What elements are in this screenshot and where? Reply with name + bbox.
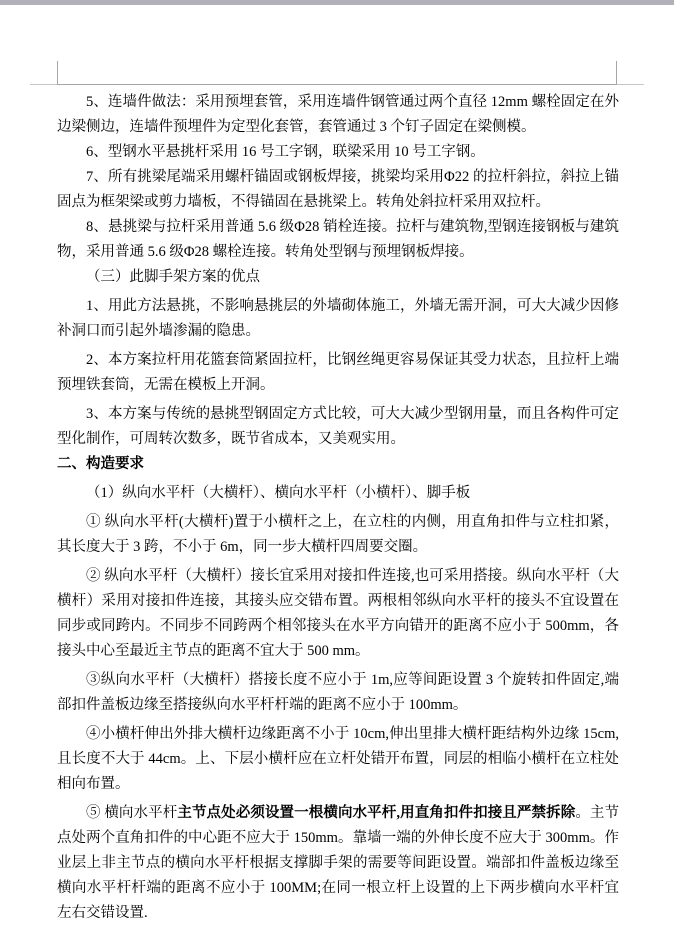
margin-crop-mark-left-horizontal [30,84,57,85]
window-top-edge [0,0,674,5]
text-run: ③纵向水平杆（大横杆）搭接长度不应小于 1m,应等间距设置 3 个旋转扣件固定,… [57,672,619,713]
text-run: 主节点处必须设置一根横向水平杆,用直角扣件扣接且严禁拆除 [177,805,575,821]
text-run: ① 纵向水平杆(大横杆)置于小横杆之上，在立柱的内侧，用直角扣件与立柱扣紧，其长… [57,514,619,555]
text-run: ② 纵向水平杆（大横杆）接长宜采用对接扣件连接,也可采用搭接。纵向水平杆（大横杆… [57,568,619,659]
text-run: ⑤ 横向水平杆 [86,805,177,821]
text-run: 1、用此方法悬挑，不影响悬挑层的外墙砌体施工，外墙无需开洞，可大大减少因修补洞口… [57,298,619,339]
text-run: 7、所有挑梁尾端采用螺杆锚固或钢板焊接，挑梁均采用Φ22 的拉杆斜拉，斜拉上锚固… [57,169,619,210]
text-run: （1）纵向水平杆（大横杆）、横向水平杆（小横杆）、脚手板 [86,485,470,501]
text-run: （三）此脚手架方案的优点 [86,269,260,285]
paragraph: 5、连墙件做法：采用预埋套管，采用连墙件钢管通过两个直径 12mm 螺栓固定在外… [57,90,619,140]
margin-crop-mark-left-vertical [57,61,58,84]
paragraph: 7、所有挑梁尾端采用螺杆锚固或钢板焊接，挑梁均采用Φ22 的拉杆斜拉，斜拉上锚固… [57,165,619,215]
paragraph: 8、悬挑梁与拉杆采用普通 5.6 级Φ28 销栓连接。拉杆与建筑物,型钢连接钢板… [57,215,619,265]
paragraph: 1、用此方法悬挑，不影响悬挑层的外墙砌体施工，外墙无需开洞，可大大减少因修补洞口… [57,294,619,344]
paragraph: ③纵向水平杆（大横杆）搭接长度不应小于 1m,应等间距设置 3 个旋转扣件固定,… [57,668,619,718]
text-run: 二、构造要求 [57,456,144,472]
paragraph: （1）纵向水平杆（大横杆）、横向水平杆（小横杆）、脚手板 [57,481,619,506]
text-run: 。主节点处两个直角扣件的中心距不应大于 150mm。靠墙一端的外伸长度不应大于 … [57,805,619,921]
text-run: 6、型钢水平悬挑杆采用 16 号工字钢，联梁采用 10 号工字钢。 [86,144,485,160]
paragraph: ④小横杆伸出外排大横杆边缘距离不小于 10cm,伸出里排大横杆距结构外边缘 15… [57,722,619,797]
paragraph: 2、本方案拉杆用花篮套筒紧固拉杆，比钢丝绳更容易保证其受力状态，且拉杆上端预埋铁… [57,348,619,398]
text-run: ④小横杆伸出外排大横杆边缘距离不小于 10cm,伸出里排大横杆距结构外边缘 15… [57,726,619,792]
section-heading: 二、构造要求 [57,452,619,477]
text-run: 5、连墙件做法：采用预埋套管，采用连墙件钢管通过两个直径 12mm 螺栓固定在外… [57,94,619,135]
text-run: 3、本方案与传统的悬挑型钢固定方式比较，可大大减少型钢用量，而且各构件可定型化制… [57,406,619,447]
text-run: 8、悬挑梁与拉杆采用普通 5.6 级Φ28 销栓连接。拉杆与建筑物,型钢连接钢板… [57,219,619,260]
text-run: 2、本方案拉杆用花篮套筒紧固拉杆，比钢丝绳更容易保证其受力状态，且拉杆上端预埋铁… [57,352,619,393]
paragraph: （三）此脚手架方案的优点 [57,265,619,290]
paragraph: 3、本方案与传统的悬挑型钢固定方式比较，可大大减少型钢用量，而且各构件可定型化制… [57,402,619,452]
document-body: 5、连墙件做法：采用预埋套管，采用连墙件钢管通过两个直径 12mm 螺栓固定在外… [57,90,619,926]
paragraph: ② 纵向水平杆（大横杆）接长宜采用对接扣件连接,也可采用搭接。纵向水平杆（大横杆… [57,564,619,664]
paragraph: 6、型钢水平悬挑杆采用 16 号工字钢，联梁采用 10 号工字钢。 [57,140,619,165]
paragraph: ① 纵向水平杆(大横杆)置于小横杆之上，在立柱的内侧，用直角扣件与立柱扣紧，其长… [57,510,619,560]
paragraph: ⑤ 横向水平杆主节点处必须设置一根横向水平杆,用直角扣件扣接且严禁拆除。主节点处… [57,801,619,926]
text-boundary-top [57,84,617,85]
margin-crop-mark-right-vertical [616,61,617,84]
margin-crop-mark-right-horizontal [617,84,644,85]
page: { "page": { "background": "#ffffff", "to… [0,0,674,926]
